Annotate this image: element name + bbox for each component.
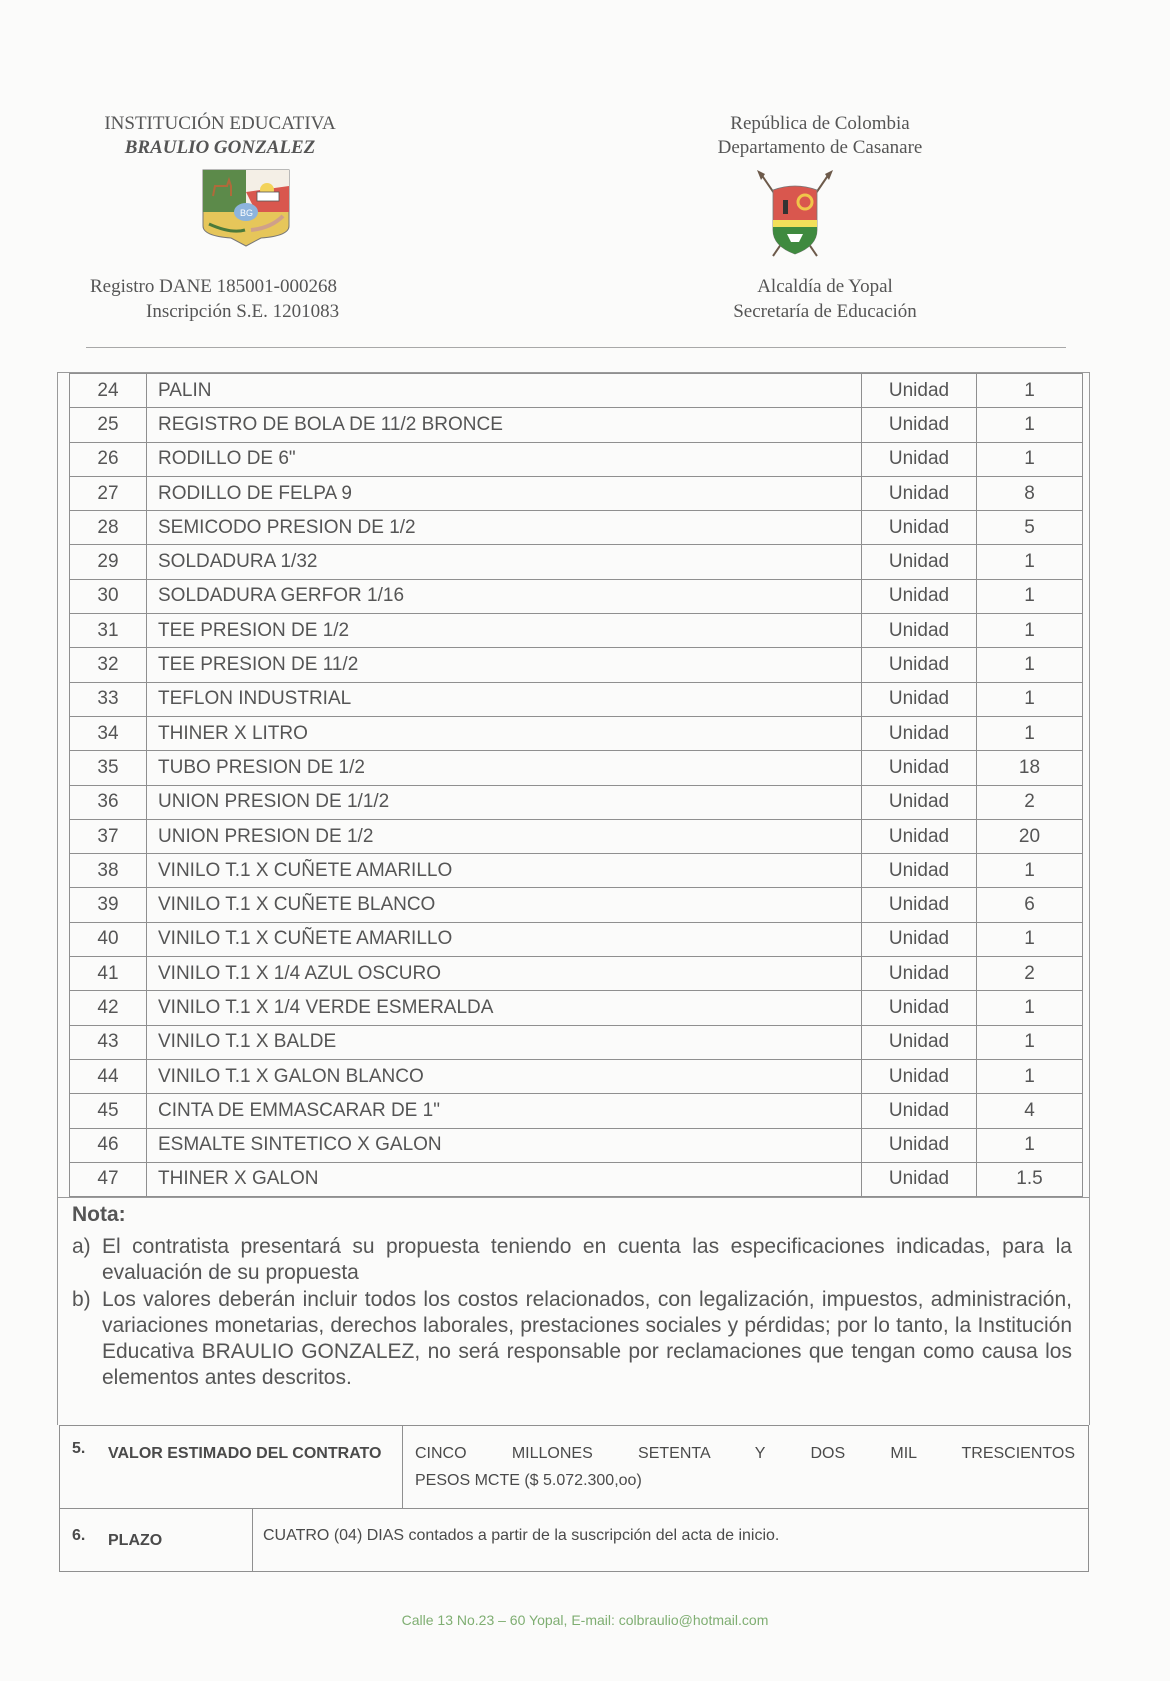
item-quantity: 1 xyxy=(977,648,1083,682)
item-number: 41 xyxy=(70,957,147,991)
municipal-coat-of-arms-icon xyxy=(755,170,835,262)
section-number: 6. xyxy=(72,1527,85,1545)
item-description: SEMICODO PRESION DE 1/2 xyxy=(147,511,862,545)
item-number: 36 xyxy=(70,785,147,819)
item-description: TEE PRESION DE 1/2 xyxy=(147,614,862,648)
table-row: 37UNION PRESION DE 1/2Unidad20 xyxy=(70,819,1083,853)
item-quantity: 4 xyxy=(977,1094,1083,1128)
note-item-b: b) Los valores deberán incluir todos los… xyxy=(72,1287,1072,1391)
item-description: CINTA DE EMMASCARAR DE 1" xyxy=(147,1094,862,1128)
item-quantity: 1 xyxy=(977,408,1083,442)
item-description: TEE PRESION DE 11/2 xyxy=(147,648,862,682)
item-description: VINILO T.1 X 1/4 AZUL OSCURO xyxy=(147,957,862,991)
table-row: 34THINER X LITROUnidad1 xyxy=(70,716,1083,750)
item-unit: Unidad xyxy=(862,819,977,853)
table-row: 25REGISTRO DE BOLA DE 11/2 BRONCEUnidad1 xyxy=(70,408,1083,442)
item-unit: Unidad xyxy=(862,1094,977,1128)
svg-text:BG: BG xyxy=(240,208,253,218)
item-unit: Unidad xyxy=(862,682,977,716)
institution-header: INSTITUCIÓN EDUCATIVA BRAULIO GONZALEZ xyxy=(60,112,380,160)
item-unit: Unidad xyxy=(862,442,977,476)
item-description: VINILO T.1 X CUÑETE AMARILLO xyxy=(147,922,862,956)
item-unit: Unidad xyxy=(862,476,977,510)
item-number: 37 xyxy=(70,819,147,853)
school-crest-icon: BG xyxy=(201,168,291,248)
item-unit: Unidad xyxy=(862,922,977,956)
item-quantity: 20 xyxy=(977,819,1083,853)
item-quantity: 1 xyxy=(977,545,1083,579)
item-quantity: 1 xyxy=(977,1128,1083,1162)
item-description: UNION PRESION DE 1/1/2 xyxy=(147,785,862,819)
item-unit: Unidad xyxy=(862,957,977,991)
item-number: 29 xyxy=(70,545,147,579)
header-divider xyxy=(86,347,1066,348)
secretaria-name: Secretaría de Educación xyxy=(695,299,955,324)
item-quantity: 1 xyxy=(977,1059,1083,1093)
item-number: 34 xyxy=(70,716,147,750)
item-description: TEFLON INDUSTRIAL xyxy=(147,682,862,716)
item-number: 30 xyxy=(70,579,147,613)
section-number: 5. xyxy=(72,1440,85,1458)
item-quantity: 1 xyxy=(977,579,1083,613)
se-inscription: Inscripción S.E. 1201083 xyxy=(90,299,420,324)
table-row: 33TEFLON INDUSTRIALUnidad1 xyxy=(70,682,1083,716)
item-description: THINER X GALON xyxy=(147,1162,862,1196)
table-row: 29SOLDADURA 1/32Unidad1 xyxy=(70,545,1083,579)
contract-value-words: CINCO MILLONES SETENTA Y DOS MIL TRESCIE… xyxy=(415,1440,1075,1467)
institution-name: BRAULIO GONZALEZ xyxy=(60,136,380,160)
notes-section: Nota: a) El contratista presentará su pr… xyxy=(57,1193,1090,1425)
item-quantity: 1 xyxy=(977,614,1083,648)
item-quantity: 1 xyxy=(977,374,1083,408)
contract-term: CUATRO (04) DIAS contados a partir de la… xyxy=(263,1527,779,1545)
item-quantity: 5 xyxy=(977,511,1083,545)
item-description: RODILLO DE FELPA 9 xyxy=(147,476,862,510)
item-number: 40 xyxy=(70,922,147,956)
note-label: a) xyxy=(72,1234,91,1260)
table-row: 35TUBO PRESION DE 1/2Unidad18 xyxy=(70,751,1083,785)
section-valor-estimado: 5. VALOR ESTIMADO DEL CONTRATO CINCO MIL… xyxy=(59,1425,1089,1509)
item-unit: Unidad xyxy=(862,785,977,819)
department-name: Departamento de Casanare xyxy=(670,136,970,160)
table-row: 47THINER X GALONUnidad1.5 xyxy=(70,1162,1083,1196)
item-unit: Unidad xyxy=(862,545,977,579)
items-table-frame: 24PALINUnidad125REGISTRO DE BOLA DE 11/2… xyxy=(57,372,1090,1198)
item-quantity: 18 xyxy=(977,751,1083,785)
section-label: PLAZO xyxy=(108,1527,162,1554)
table-row: 31TEE PRESION DE 1/2Unidad1 xyxy=(70,614,1083,648)
municipal-info: Alcaldía de Yopal Secretaría de Educació… xyxy=(695,274,955,324)
institution-type: INSTITUCIÓN EDUCATIVA xyxy=(60,112,380,136)
items-table: 24PALINUnidad125REGISTRO DE BOLA DE 11/2… xyxy=(69,373,1083,1197)
item-number: 43 xyxy=(70,1025,147,1059)
notes-title: Nota: xyxy=(72,1203,126,1227)
item-description: TUBO PRESION DE 1/2 xyxy=(147,751,862,785)
item-quantity: 1 xyxy=(977,854,1083,888)
dane-registration: Registro DANE 185001-000268 xyxy=(90,274,420,299)
item-quantity: 8 xyxy=(977,476,1083,510)
item-description: PALIN xyxy=(147,374,862,408)
item-quantity: 1 xyxy=(977,1025,1083,1059)
item-unit: Unidad xyxy=(862,374,977,408)
item-number: 26 xyxy=(70,442,147,476)
item-number: 45 xyxy=(70,1094,147,1128)
item-number: 46 xyxy=(70,1128,147,1162)
table-row: 39VINILO T.1 X CUÑETE BLANCOUnidad6 xyxy=(70,888,1083,922)
item-quantity: 1 xyxy=(977,716,1083,750)
item-description: RODILLO DE 6" xyxy=(147,442,862,476)
item-description: REGISTRO DE BOLA DE 11/2 BRONCE xyxy=(147,408,862,442)
item-description: SOLDADURA GERFOR 1/16 xyxy=(147,579,862,613)
item-number: 32 xyxy=(70,648,147,682)
table-row: 28SEMICODO PRESION DE 1/2Unidad5 xyxy=(70,511,1083,545)
item-quantity: 2 xyxy=(977,785,1083,819)
item-unit: Unidad xyxy=(862,888,977,922)
item-number: 39 xyxy=(70,888,147,922)
item-number: 25 xyxy=(70,408,147,442)
item-unit: Unidad xyxy=(862,854,977,888)
note-label: b) xyxy=(72,1287,91,1313)
alcaldia-name: Alcaldía de Yopal xyxy=(695,274,955,299)
item-unit: Unidad xyxy=(862,1162,977,1196)
government-header: República de Colombia Departamento de Ca… xyxy=(670,112,970,160)
item-unit: Unidad xyxy=(862,614,977,648)
note-text: Los valores deberán incluir todos los co… xyxy=(102,1287,1072,1391)
table-row: 41VINILO T.1 X 1/4 AZUL OSCUROUnidad2 xyxy=(70,957,1083,991)
table-row: 40VINILO T.1 X CUÑETE AMARILLOUnidad1 xyxy=(70,922,1083,956)
item-quantity: 2 xyxy=(977,957,1083,991)
item-description: VINILO T.1 X CUÑETE AMARILLO xyxy=(147,854,862,888)
item-quantity: 1 xyxy=(977,991,1083,1025)
item-unit: Unidad xyxy=(862,408,977,442)
item-description: ESMALTE SINTETICO X GALON xyxy=(147,1128,862,1162)
item-number: 44 xyxy=(70,1059,147,1093)
item-unit: Unidad xyxy=(862,991,977,1025)
item-unit: Unidad xyxy=(862,751,977,785)
country-name: República de Colombia xyxy=(670,112,970,136)
item-number: 24 xyxy=(70,374,147,408)
item-number: 35 xyxy=(70,751,147,785)
item-number: 31 xyxy=(70,614,147,648)
contract-value: CINCO MILLONES SETENTA Y DOS MIL TRESCIE… xyxy=(415,1440,1075,1494)
table-row: 30SOLDADURA GERFOR 1/16Unidad1 xyxy=(70,579,1083,613)
section-plazo: 6. PLAZO CUATRO (04) DIAS contados a par… xyxy=(59,1508,1089,1572)
table-row: 38VINILO T.1 X CUÑETE AMARILLOUnidad1 xyxy=(70,854,1083,888)
item-number: 47 xyxy=(70,1162,147,1196)
item-description: UNION PRESION DE 1/2 xyxy=(147,819,862,853)
item-description: VINILO T.1 X 1/4 VERDE ESMERALDA xyxy=(147,991,862,1025)
item-number: 33 xyxy=(70,682,147,716)
item-unit: Unidad xyxy=(862,511,977,545)
item-quantity: 1 xyxy=(977,442,1083,476)
section-label-cell: 6. PLAZO xyxy=(60,1509,253,1571)
item-unit: Unidad xyxy=(862,648,977,682)
item-quantity: 1.5 xyxy=(977,1162,1083,1196)
item-unit: Unidad xyxy=(862,579,977,613)
item-description: VINILO T.1 X BALDE xyxy=(147,1025,862,1059)
table-row: 24PALINUnidad1 xyxy=(70,374,1083,408)
item-unit: Unidad xyxy=(862,716,977,750)
contract-value-amount: PESOS MCTE ($ 5.072.300,oo) xyxy=(415,1472,642,1489)
item-number: 28 xyxy=(70,511,147,545)
section-label-cell: 5. VALOR ESTIMADO DEL CONTRATO xyxy=(60,1426,403,1508)
item-quantity: 6 xyxy=(977,888,1083,922)
footer-address: Calle 13 No.23 – 60 Yopal, E-mail: colbr… xyxy=(0,1612,1170,1628)
item-quantity: 1 xyxy=(977,682,1083,716)
table-row: 32TEE PRESION DE 11/2Unidad1 xyxy=(70,648,1083,682)
item-number: 38 xyxy=(70,854,147,888)
note-text: El contratista presentará su propuesta t… xyxy=(102,1234,1072,1286)
item-number: 42 xyxy=(70,991,147,1025)
item-description: SOLDADURA 1/32 xyxy=(147,545,862,579)
item-unit: Unidad xyxy=(862,1025,977,1059)
item-unit: Unidad xyxy=(862,1059,977,1093)
item-description: THINER X LITRO xyxy=(147,716,862,750)
table-row: 46ESMALTE SINTETICO X GALONUnidad1 xyxy=(70,1128,1083,1162)
table-row: 36UNION PRESION DE 1/1/2Unidad2 xyxy=(70,785,1083,819)
item-quantity: 1 xyxy=(977,922,1083,956)
table-row: 42VINILO T.1 X 1/4 VERDE ESMERALDAUnidad… xyxy=(70,991,1083,1025)
item-description: VINILO T.1 X CUÑETE BLANCO xyxy=(147,888,862,922)
item-description: VINILO T.1 X GALON BLANCO xyxy=(147,1059,862,1093)
table-row: 44VINILO T.1 X GALON BLANCOUnidad1 xyxy=(70,1059,1083,1093)
item-unit: Unidad xyxy=(862,1128,977,1162)
table-row: 26RODILLO DE 6"Unidad1 xyxy=(70,442,1083,476)
note-item-a: a) El contratista presentará su propuest… xyxy=(72,1234,1072,1286)
table-row: 27RODILLO DE FELPA 9Unidad8 xyxy=(70,476,1083,510)
section-label: VALOR ESTIMADO DEL CONTRATO xyxy=(108,1440,388,1467)
registration-info: Registro DANE 185001-000268 Inscripción … xyxy=(90,274,420,324)
item-number: 27 xyxy=(70,476,147,510)
table-row: 45CINTA DE EMMASCARAR DE 1"Unidad4 xyxy=(70,1094,1083,1128)
table-row: 43VINILO T.1 X BALDEUnidad1 xyxy=(70,1025,1083,1059)
